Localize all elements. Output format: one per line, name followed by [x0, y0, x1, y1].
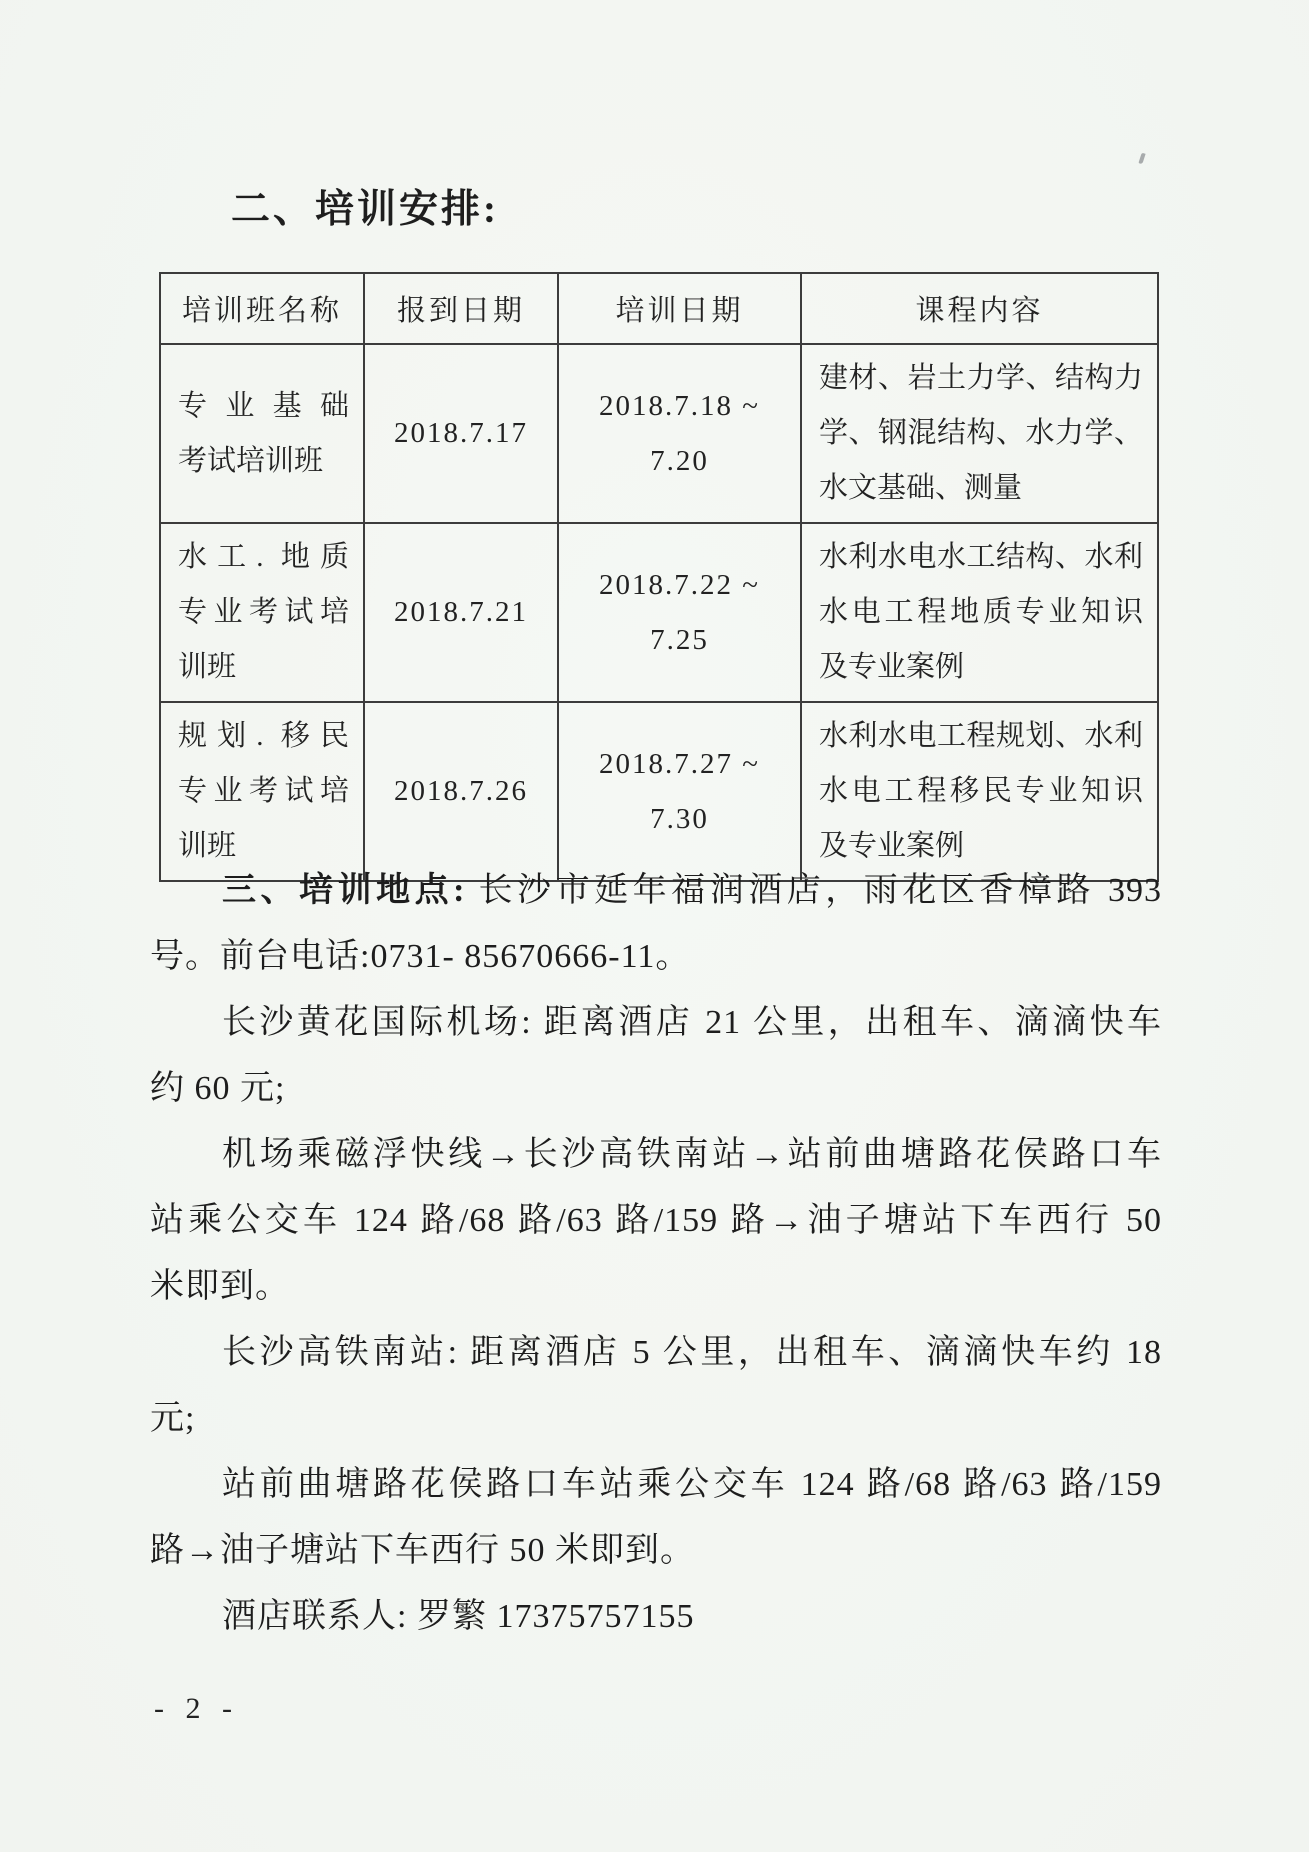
paragraph-line-hotel-contact: 酒店联系人: 罗繁 17375757155 [150, 1584, 1162, 1650]
cell-line: 水利水电工程规划、水利 [819, 709, 1143, 764]
course-content-text: 建材、岩土力学、结构力学、钢混结构、水力学、水文基础、测量 [802, 345, 1157, 522]
table-row: 水工. 地质专业考试培训班 2018.7.21 2018.7.22 ~7.25 … [160, 523, 1158, 702]
paragraph-line: 长沙黄花国际机场: 距离酒店 21 公里，出租车、滴滴快车 [150, 990, 1162, 1056]
class-name-text: 专业基础考试培训班 [161, 373, 363, 495]
paragraph-line-location: 三、培训地点: 长沙市延年福润酒店，雨花区香樟路 393 [150, 858, 1162, 924]
class-name-cell: 规划. 移民专业考试培训班 [160, 702, 364, 881]
paragraph-line: 号。前台电话:0731- 85670666-11。 [150, 924, 1162, 990]
scan-speckle [1138, 153, 1145, 165]
section-heading-training-arrangement: 二、培训安排: [231, 178, 499, 234]
cell-line: 2018.7.27 ~ [559, 737, 800, 792]
cell-line: 2018.7.22 ~ [559, 558, 800, 613]
cell-line: 专业基础 [178, 379, 349, 434]
course-content-text: 水利水电水工结构、水利水电工程地质专业知识及专业案例 [802, 524, 1157, 701]
paragraph-line: 站乘公交车 124 路/68 路/63 路/159 路→油子塘站下车西行 50 [150, 1188, 1162, 1254]
cell-line: 7.25 [559, 613, 800, 668]
cell-line: 7.30 [559, 792, 800, 847]
report-date-cell: 2018.7.21 [364, 523, 558, 702]
location-address-text: 长沙市延年福润酒店，雨花区香樟路 393 [466, 872, 1163, 909]
paragraph-line: 机场乘磁浮快线→长沙高铁南站→站前曲塘路花侯路口车 [150, 1122, 1162, 1188]
cell-line: 水工. 地质 [178, 530, 349, 585]
training-date-text: 2018.7.18 ~7.20 [559, 379, 800, 489]
cell-line: 学、钢混结构、水力学、 [819, 406, 1143, 461]
class-name-text: 水工. 地质专业考试培训班 [161, 524, 363, 701]
training-date-cell: 2018.7.27 ~7.30 [558, 702, 801, 881]
column-header-report-date: 报到日期 [364, 273, 558, 344]
cell-line: 水文基础、测量 [819, 461, 1143, 516]
cell-line: 训班 [178, 640, 349, 695]
table-row: 专业基础考试培训班 2018.7.17 2018.7.18 ~7.20 建材、岩… [160, 344, 1158, 523]
paragraph-line: 路→油子塘站下车西行 50 米即到。 [150, 1518, 1162, 1584]
cell-line: 考试培训班 [178, 434, 349, 489]
cell-line: 水利水电水工结构、水利 [819, 530, 1143, 585]
course-content-cell: 建材、岩土力学、结构力学、钢混结构、水力学、水文基础、测量 [801, 344, 1158, 523]
class-name-text: 规划. 移民专业考试培训班 [161, 703, 363, 880]
paragraph-line: 米即到。 [150, 1254, 1162, 1320]
column-header-training-date: 培训日期 [558, 273, 801, 344]
body-text: 三、培训地点: 长沙市延年福润酒店，雨花区香樟路 393 号。前台电话:0731… [150, 858, 1162, 1650]
training-date-cell: 2018.7.22 ~7.25 [558, 523, 801, 702]
page-number: - 2 - [154, 1692, 239, 1726]
training-date-text: 2018.7.27 ~7.30 [559, 737, 800, 847]
paragraph-line: 站前曲塘路花侯路口车站乘公交车 124 路/68 路/63 路/159 [150, 1452, 1162, 1518]
cell-line: 专业考试培 [178, 764, 349, 819]
column-header-class-name: 培训班名称 [160, 273, 364, 344]
cell-line: 专业考试培 [178, 585, 349, 640]
cell-line: 水电工程地质专业知识 [819, 585, 1143, 640]
cell-line: 2018.7.18 ~ [559, 379, 800, 434]
paragraph-line: 约 60 元; [150, 1056, 1162, 1122]
report-date-cell: 2018.7.26 [364, 702, 558, 881]
column-header-course-content: 课程内容 [801, 273, 1158, 344]
report-date-cell: 2018.7.17 [364, 344, 558, 523]
course-content-text: 水利水电工程规划、水利水电工程移民专业知识及专业案例 [802, 703, 1157, 880]
table-header-row: 培训班名称 报到日期 培训日期 课程内容 [160, 273, 1158, 344]
training-schedule-table: 培训班名称 报到日期 培训日期 课程内容 专业基础考试培训班 2018.7.17… [159, 272, 1159, 882]
location-section-label: 三、培训地点: [222, 872, 466, 909]
cell-line: 水电工程移民专业知识 [819, 764, 1143, 819]
paragraph-line: 元; [150, 1386, 1162, 1452]
course-content-cell: 水利水电工程规划、水利水电工程移民专业知识及专业案例 [801, 702, 1158, 881]
cell-line: 7.20 [559, 434, 800, 489]
training-date-text: 2018.7.22 ~7.25 [559, 558, 800, 668]
paragraph-line: 长沙高铁南站: 距离酒店 5 公里，出租车、滴滴快车约 18 [150, 1320, 1162, 1386]
scanned-document-page: 二、培训安排: 培训班名称 报到日期 培训日期 课程内容 专业基础考试培训班 2… [0, 0, 1309, 1852]
cell-line: 及专业案例 [819, 640, 1143, 695]
table-row: 规划. 移民专业考试培训班 2018.7.26 2018.7.27 ~7.30 … [160, 702, 1158, 881]
class-name-cell: 专业基础考试培训班 [160, 344, 364, 523]
cell-line: 规划. 移民 [178, 709, 349, 764]
training-date-cell: 2018.7.18 ~7.20 [558, 344, 801, 523]
course-content-cell: 水利水电水工结构、水利水电工程地质专业知识及专业案例 [801, 523, 1158, 702]
cell-line: 建材、岩土力学、结构力 [819, 351, 1143, 406]
class-name-cell: 水工. 地质专业考试培训班 [160, 523, 364, 702]
